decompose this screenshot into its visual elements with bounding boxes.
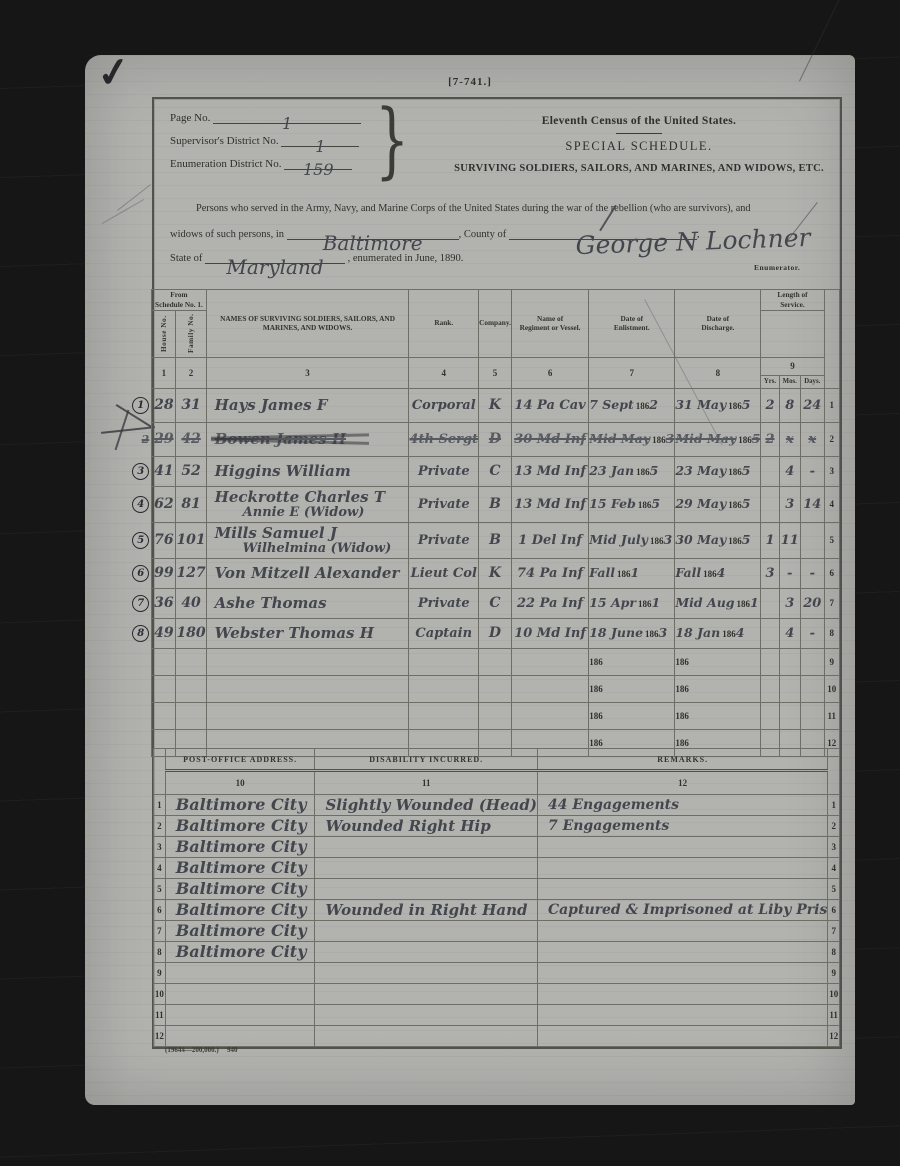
- date-year-digit: 2: [649, 397, 658, 412]
- right-row-number-cell: 1: [828, 795, 840, 816]
- right-row-number-cell: 3: [828, 837, 840, 858]
- col-num: 4: [409, 357, 479, 388]
- enlistment-date-cell: 23 Jan 1865: [589, 456, 675, 486]
- date-year-digit: 1: [631, 565, 640, 580]
- col-remarks-header: REMARKS.: [537, 749, 827, 771]
- family-no-cell: 31: [176, 388, 206, 422]
- right-number-column-header: [828, 749, 840, 795]
- house-no-cell: 99: [152, 558, 176, 588]
- discharge-date-cell: 186: [675, 675, 761, 702]
- date-day: Mid May: [589, 431, 650, 446]
- address-table-wrap: POST-OFFICE ADDRESS. DISABILITY INCURRED…: [153, 748, 840, 1047]
- regiment-cell: [511, 702, 588, 729]
- rank-cell: Private: [409, 486, 479, 522]
- soldier-name: Webster Thomas H: [207, 626, 409, 641]
- soldier-name: Hays James F: [207, 398, 409, 413]
- column-number-row: 1 2 3 4 5 6 7 8 9: [131, 357, 840, 375]
- regiment-cell: 14 Pa Cav: [511, 388, 588, 422]
- form-border: Page No. 1 Supervisor's District No. 1 E…: [152, 97, 842, 1049]
- post-office-cell: Baltimore City: [165, 858, 315, 879]
- row-number-cell: 6: [824, 558, 839, 588]
- date-year-digit: 3: [663, 532, 672, 547]
- remarks-cell: 7 Engagements: [537, 816, 827, 837]
- date-day: Mid Aug: [675, 595, 734, 610]
- regiment-cell: 13 Md Inf: [511, 486, 588, 522]
- rank-cell: [409, 675, 479, 702]
- date-day: Fall: [675, 565, 701, 580]
- date-day: 23 May: [675, 463, 726, 478]
- post-office-cell: Baltimore City: [165, 795, 315, 816]
- printed-year: 186: [638, 500, 652, 510]
- enlistment-date-cell: 186: [589, 675, 675, 702]
- date-year-digit: 5: [742, 397, 751, 412]
- census-title: Eleventh Census of the United States.: [444, 115, 834, 127]
- soldier-name-cell: Webster Thomas H: [206, 618, 409, 648]
- print-number: 940: [227, 1046, 238, 1054]
- margin-column: [131, 290, 152, 389]
- days-cell: -: [801, 456, 825, 486]
- discharge-date-cell: 18 Jan 1864: [675, 618, 761, 648]
- disability-cell: [315, 1005, 538, 1026]
- days-cell: -: [801, 558, 825, 588]
- house-no-cell: [152, 702, 176, 729]
- enlistment-date-cell: Fall 1861: [589, 558, 675, 588]
- company-cell: K: [479, 388, 512, 422]
- enumerated-label: , enumerated in June, 1890.: [348, 253, 464, 264]
- schedule-subtitle: SURVIVING SOLDIERS, SAILORS, AND MARINES…: [444, 163, 834, 174]
- discharge-date-cell: 186: [675, 702, 761, 729]
- rank-cell: Private: [409, 588, 479, 618]
- discharge-date-cell: 29 May 1865: [675, 486, 761, 522]
- col-disability-header: DISABILITY INCURRED.: [315, 749, 538, 771]
- company-cell: B: [479, 522, 512, 558]
- left-row-number-cell: 7: [154, 921, 166, 942]
- soldier-name: Heckrotte Charles T: [207, 490, 409, 505]
- date-day: 15 Feb: [589, 496, 636, 511]
- family-no-cell: 52: [176, 456, 206, 486]
- soldier-name-cell: Bowen James H: [206, 422, 409, 456]
- post-office-cell: Baltimore City: [165, 900, 315, 921]
- row-number-column-header: [824, 290, 839, 389]
- col-num: 3: [206, 357, 409, 388]
- soldier-name-cell: [206, 702, 409, 729]
- house-no-cell: [152, 675, 176, 702]
- days-header: Days.: [801, 375, 825, 388]
- disability-cell: [315, 942, 538, 963]
- months-cell: 3: [779, 588, 801, 618]
- years-cell: [761, 456, 779, 486]
- date-year-digit: 5: [742, 463, 751, 478]
- family-no-cell: 127: [176, 558, 206, 588]
- enlistment-date-cell: 7 Sept 1862: [589, 388, 675, 422]
- page-no-value: 1: [282, 114, 292, 133]
- col-enlistment-header: Date of Enlistment.: [589, 290, 675, 358]
- soldier-row: 849180Webster Thomas HCaptainD10 Md Inf1…: [131, 618, 840, 648]
- soldier-name-cell: [206, 675, 409, 702]
- company-cell: C: [479, 588, 512, 618]
- house-no-cell: 36: [152, 588, 176, 618]
- right-row-number-cell: 8: [828, 942, 840, 963]
- col-num: 8: [675, 357, 761, 388]
- circled-row-number: 6: [132, 565, 149, 582]
- disability-cell: [315, 837, 538, 858]
- col-names-header: NAMES OF SURVIVING SOLDIERS, SAILORS, AN…: [206, 290, 409, 358]
- printed-year: 186: [652, 435, 666, 445]
- right-row-number-cell: 12: [828, 1026, 840, 1047]
- circled-row-number: 1: [132, 397, 149, 414]
- soldier-row: 46281Heckrotte Charles TAnnie E (Widow)P…: [131, 486, 840, 522]
- row-number-cell: 9: [824, 648, 839, 675]
- months-cell: 4: [779, 456, 801, 486]
- post-office-cell: [165, 963, 315, 984]
- years-cell: [761, 675, 779, 702]
- regiment-cell: 30 Md Inf: [511, 422, 588, 456]
- date-year-digit: 5: [651, 496, 660, 511]
- date-year-digit: 5: [752, 431, 761, 446]
- discharge-date-cell: 30 May 1865: [675, 522, 761, 558]
- years-cell: 3: [761, 558, 779, 588]
- disability-cell: [315, 963, 538, 984]
- date-day: 18 Jan: [675, 625, 720, 640]
- post-office-cell: [165, 1026, 315, 1047]
- discharge-date-cell: 186: [675, 648, 761, 675]
- printed-year: 186: [728, 467, 742, 477]
- days-cell: [801, 702, 825, 729]
- disability-cell: [315, 921, 538, 942]
- printed-year: 186: [728, 536, 742, 546]
- soldier-name-cell: Hays James F: [206, 388, 409, 422]
- enlistment-date-cell: 186: [589, 648, 675, 675]
- family-no-cell: 180: [176, 618, 206, 648]
- title-rule: [616, 133, 662, 134]
- family-no-cell: 40: [176, 588, 206, 618]
- discharge-date-cell: Mid May 1865: [675, 422, 761, 456]
- rank-cell: Corporal: [409, 388, 479, 422]
- remarks-value: 44 Engagements: [538, 798, 827, 812]
- months-cell: x: [779, 422, 801, 456]
- left-row-number-cell: 4: [154, 858, 166, 879]
- yrs-header: Yrs.: [761, 375, 779, 388]
- post-office-cell: Baltimore City: [165, 879, 315, 900]
- date-year-digit: 5: [650, 463, 659, 478]
- margin-mark-cell: [131, 675, 152, 702]
- margin-mark-cell: [131, 729, 152, 756]
- disability-cell: [315, 858, 538, 879]
- address-row: 1212: [154, 1026, 840, 1047]
- days-cell: x: [801, 422, 825, 456]
- post-office-cell: Baltimore City: [165, 816, 315, 837]
- enumerator-label: Enumerator.: [754, 263, 800, 272]
- row-number-cell: 7: [824, 588, 839, 618]
- date-day: Mid July: [589, 532, 648, 547]
- printed-year: 186: [737, 599, 751, 609]
- margin-mark-cell: [131, 702, 152, 729]
- remarks-value: Captured & Imprisoned at Liby Pris: [538, 903, 827, 917]
- soldier-row: 18618610: [131, 675, 840, 702]
- enlistment-date-cell: Mid May 1863: [589, 422, 675, 456]
- remarks-cell: 44 Engagements: [537, 795, 827, 816]
- margin-mark-cell: 6: [131, 558, 152, 588]
- mos-header: Mos.: [779, 375, 801, 388]
- address-row: 1Baltimore CitySlightly Wounded (Head)44…: [154, 795, 840, 816]
- discharge-date-cell: Mid Aug 1861: [675, 588, 761, 618]
- printed-year: 186: [675, 684, 689, 694]
- company-cell: D: [479, 618, 512, 648]
- years-cell: [761, 618, 779, 648]
- date-year-digit: 3: [659, 625, 668, 640]
- printed-year: 186: [636, 401, 650, 411]
- soldier-name-cell: Higgins William: [206, 456, 409, 486]
- family-no-cell: [176, 702, 206, 729]
- disability-cell: Wounded Right Hip: [315, 816, 538, 837]
- col-postoffice-header: POST-OFFICE ADDRESS.: [165, 749, 315, 771]
- right-row-number-cell: 4: [828, 858, 840, 879]
- soldier-name-cell: Ashe Thomas: [206, 588, 409, 618]
- printed-year: 186: [722, 629, 736, 639]
- soldiers-table-wrap: From Schedule No. 1. NAMES OF SURVIVING …: [131, 289, 840, 757]
- printed-year: 186: [636, 467, 650, 477]
- brace-glyph: }: [375, 93, 409, 188]
- pencil-stroke: [117, 184, 151, 211]
- post-office-value: Baltimore City: [166, 923, 315, 939]
- col-company-header: Company.: [479, 290, 512, 358]
- soldier-name-cell: [206, 648, 409, 675]
- right-row-number-cell: 5: [828, 879, 840, 900]
- date-day: 18 June: [589, 625, 643, 640]
- post-office-value: Baltimore City: [166, 818, 315, 834]
- date-year-digit: 4: [736, 625, 745, 640]
- col-house-header: House No.: [152, 310, 176, 357]
- disability-value: Wounded in Right Hand: [315, 903, 537, 918]
- census-title-block: Eleventh Census of the United States. SP…: [444, 115, 834, 174]
- col-num: 6: [511, 357, 588, 388]
- schedule-header: From Schedule No. 1.: [152, 290, 206, 311]
- post-office-value: Baltimore City: [166, 839, 315, 855]
- printed-year: 186: [589, 711, 603, 721]
- date-day: 30 May: [675, 532, 726, 547]
- discharge-date-cell: Fall 1864: [675, 558, 761, 588]
- print-code: (19644—200,000.): [165, 1046, 219, 1054]
- company-cell: D: [479, 422, 512, 456]
- regiment-cell: 22 Pa Inf: [511, 588, 588, 618]
- family-no-cell: 81: [176, 486, 206, 522]
- printed-year: 186: [589, 657, 603, 667]
- disability-cell: [315, 984, 538, 1005]
- circled-row-number: 8: [132, 625, 149, 642]
- date-year-digit: 3: [666, 431, 675, 446]
- address-row: 5Baltimore City5: [154, 879, 840, 900]
- company-cell: [479, 675, 512, 702]
- date-year-digit: 1: [750, 595, 759, 610]
- col-num: 11: [315, 771, 538, 795]
- house-no-cell: 28: [152, 388, 176, 422]
- days-cell: 14: [801, 486, 825, 522]
- row-number-cell: 2: [824, 422, 839, 456]
- margin-number: 2: [142, 433, 150, 446]
- years-cell: [761, 702, 779, 729]
- family-no-cell: 42: [176, 422, 206, 456]
- years-cell: 2: [761, 388, 779, 422]
- column-number-row: 10 11 12: [154, 771, 840, 795]
- remarks-cell: Captured & Imprisoned at Liby Pris: [537, 900, 827, 921]
- soldier-row: 576101Mills Samuel JWilhelmina (Widow)Pr…: [131, 522, 840, 558]
- col-num: 7: [589, 357, 675, 388]
- soldiers-table: From Schedule No. 1. NAMES OF SURVIVING …: [131, 289, 840, 757]
- remarks-cell: [537, 1026, 827, 1047]
- disability-value: Wounded Right Hip: [315, 819, 537, 834]
- row-number-cell: 11: [824, 702, 839, 729]
- date-year-digit: 5: [742, 496, 751, 511]
- days-cell: [801, 522, 825, 558]
- right-row-number-cell: 11: [828, 1005, 840, 1026]
- remarks-cell: [537, 858, 827, 879]
- col-num: 5: [479, 357, 512, 388]
- regiment-cell: 13 Md Inf: [511, 456, 588, 486]
- printed-year: 186: [675, 657, 689, 667]
- family-no-cell: [176, 675, 206, 702]
- soldier-row: 73640Ashe ThomasPrivateC22 Pa Inf15 Apr …: [131, 588, 840, 618]
- months-cell: 8: [779, 388, 801, 422]
- rank-cell: Private: [409, 522, 479, 558]
- soldier-name: Ashe Thomas: [207, 596, 409, 611]
- rank-cell: Private: [409, 456, 479, 486]
- address-row: 4Baltimore City4: [154, 858, 840, 879]
- regiment-cell: 74 Pa Inf: [511, 558, 588, 588]
- pencil-stroke: [102, 199, 144, 224]
- months-cell: [779, 648, 801, 675]
- rank-cell: 4th Sergt: [409, 422, 479, 456]
- date-day: 23 Jan: [589, 463, 634, 478]
- remarks-cell: [537, 837, 827, 858]
- printed-year: 186: [617, 569, 631, 579]
- address-row: 99: [154, 963, 840, 984]
- remarks-cell: [537, 942, 827, 963]
- right-row-number-cell: 9: [828, 963, 840, 984]
- date-year-digit: 4: [717, 565, 726, 580]
- date-day: Fall: [589, 565, 615, 580]
- date-day: 29 May: [675, 496, 726, 511]
- date-day: 7 Sept: [589, 397, 634, 412]
- disability-cell: [315, 879, 538, 900]
- post-office-cell: Baltimore City: [165, 921, 315, 942]
- days-cell: 24: [801, 388, 825, 422]
- col-family-header: Family No.: [176, 310, 206, 357]
- days-cell: 20: [801, 588, 825, 618]
- left-row-number-cell: 6: [154, 900, 166, 921]
- family-no-cell: 101: [176, 522, 206, 558]
- address-row: 2Baltimore CityWounded Right Hip7 Engage…: [154, 816, 840, 837]
- soldier-row: 12831Hays James FCorporalK14 Pa Cav7 Sep…: [131, 388, 840, 422]
- months-cell: 3: [779, 486, 801, 522]
- remarks-cell: [537, 921, 827, 942]
- soldiers-table-body: 12831Hays James FCorporalK14 Pa Cav7 Sep…: [131, 388, 840, 756]
- pen-stroke: [799, 0, 842, 81]
- house-no-cell: 41: [152, 456, 176, 486]
- enlistment-date-cell: 18 June 1863: [589, 618, 675, 648]
- col-num: 9: [761, 357, 824, 375]
- post-office-value: Baltimore City: [166, 797, 315, 813]
- house-no-cell: 49: [152, 618, 176, 648]
- soldier-name-cell: Mills Samuel JWilhelmina (Widow): [206, 522, 409, 558]
- printed-year: 186: [589, 684, 603, 694]
- row-number-cell: 10: [824, 675, 839, 702]
- post-office-value: Baltimore City: [166, 860, 315, 876]
- col-num: 2: [176, 357, 206, 388]
- col-num: 10: [165, 771, 315, 795]
- enumeration-district-value: 159: [303, 160, 334, 179]
- address-row: 1010: [154, 984, 840, 1005]
- years-cell: 1: [761, 522, 779, 558]
- printed-year: 186: [675, 711, 689, 721]
- regiment-cell: 1 Del Inf: [511, 522, 588, 558]
- soldier-name: Higgins William: [207, 464, 409, 479]
- years-cell: [761, 588, 779, 618]
- left-row-number-cell: 9: [154, 963, 166, 984]
- col-num: 12: [537, 771, 827, 795]
- address-row: 6Baltimore CityWounded in Right HandCapt…: [154, 900, 840, 921]
- margin-mark-cell: 3: [131, 456, 152, 486]
- margin-mark-cell: 7: [131, 588, 152, 618]
- years-cell: [761, 648, 779, 675]
- circled-row-number: 3: [132, 463, 149, 480]
- page-no-label: Page No.: [170, 112, 210, 124]
- soldier-name: Mills Samuel J: [207, 526, 409, 541]
- disability-cell: [315, 1026, 538, 1047]
- supervisor-district-label: Supervisor's District No.: [170, 135, 279, 147]
- widow-name: Annie E (Widow): [207, 506, 409, 519]
- printed-year: 186: [738, 435, 752, 445]
- printed-year: 186: [638, 599, 652, 609]
- state-value: Maryland: [226, 255, 323, 279]
- remarks-cell: [537, 963, 827, 984]
- company-cell: [479, 648, 512, 675]
- address-table-body: 1Baltimore CitySlightly Wounded (Head)44…: [154, 795, 840, 1047]
- right-row-number-cell: 10: [828, 984, 840, 1005]
- address-row: 3Baltimore City3: [154, 837, 840, 858]
- rank-cell: Lieut Col: [409, 558, 479, 588]
- schedule-title: SPECIAL SCHEDULE.: [444, 139, 834, 154]
- supervisor-district-value: 1: [315, 137, 325, 156]
- right-row-number-cell: 7: [828, 921, 840, 942]
- months-cell: 4: [779, 618, 801, 648]
- print-footer: (19644—200,000.) 940: [165, 1046, 219, 1054]
- disability-cell: Wounded in Right Hand: [315, 900, 538, 921]
- col-rank-header: Rank.: [409, 290, 479, 358]
- remarks-cell: [537, 879, 827, 900]
- circled-row-number: 7: [132, 595, 149, 612]
- company-cell: B: [479, 486, 512, 522]
- margin-mark-cell: 4: [131, 486, 152, 522]
- margin-mark-cell: 1: [131, 388, 152, 422]
- post-office-cell: Baltimore City: [165, 837, 315, 858]
- disability-value: Slightly Wounded (Head): [315, 798, 537, 813]
- regiment-cell: [511, 648, 588, 675]
- address-table: POST-OFFICE ADDRESS. DISABILITY INCURRED…: [153, 748, 840, 1047]
- company-cell: K: [479, 558, 512, 588]
- soldier-name-cell: Von Mitzell Alexander: [206, 558, 409, 588]
- row-number-cell: 1: [824, 388, 839, 422]
- printed-year: 186: [645, 629, 659, 639]
- circled-row-number: 5: [132, 532, 149, 549]
- post-office-cell: Baltimore City: [165, 942, 315, 963]
- years-cell: [761, 486, 779, 522]
- post-office-cell: [165, 984, 315, 1005]
- row-number-cell: 3: [824, 456, 839, 486]
- col-length-header: Length of Service.: [761, 290, 824, 311]
- years-cell: 2: [761, 422, 779, 456]
- months-cell: 11: [779, 522, 801, 558]
- enlistment-date-cell: 15 Feb 1865: [589, 486, 675, 522]
